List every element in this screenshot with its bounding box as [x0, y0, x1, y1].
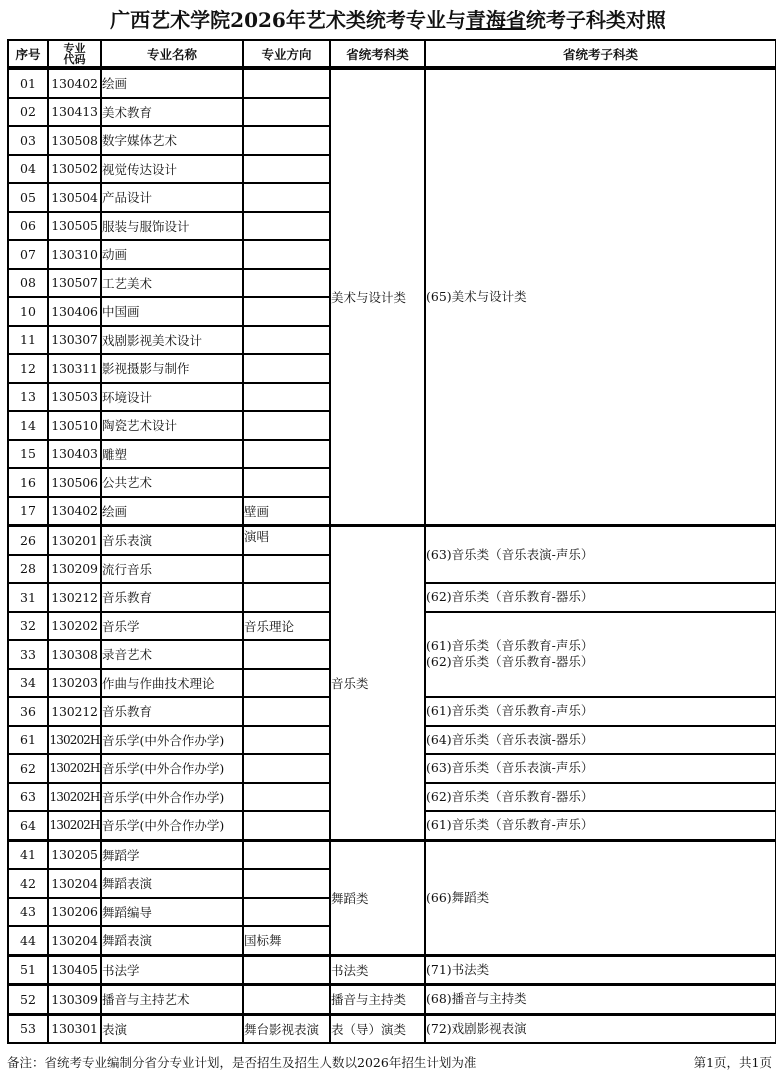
cell-sub-category: (63)音乐类（音乐表演-声乐） [425, 754, 776, 783]
cell-seq: 01 [8, 68, 48, 98]
cell-code: 130206 [48, 898, 101, 927]
cell-code: 130413 [48, 98, 101, 127]
sub-category-line1: (61)音乐类（音乐教育-声乐） [426, 638, 593, 653]
cell-name: 绘画 [101, 497, 243, 526]
cell-code: 130311 [48, 354, 101, 383]
cell-seq: 08 [8, 269, 48, 298]
cell-name: 书法学 [101, 955, 243, 985]
cell-name: 公共艺术 [101, 468, 243, 497]
cell-name: 舞蹈表演 [101, 869, 243, 898]
cell-direction [243, 955, 330, 985]
cell-direction [243, 326, 330, 355]
cell-province-category: 美术与设计类 [330, 68, 425, 526]
cell-code: 130508 [48, 126, 101, 155]
cell-name: 播音与主持艺术 [101, 985, 243, 1015]
cell-direction: 舞台影视表演 [243, 1014, 330, 1043]
table-header-row: 序号 专业代码 专业名称 专业方向 省统考科类 省统考子科类 [8, 40, 776, 68]
cell-name: 美术教育 [101, 98, 243, 127]
cell-seq: 51 [8, 955, 48, 985]
cell-code: 130212 [48, 697, 101, 726]
cell-seq: 43 [8, 898, 48, 927]
cell-name: 音乐教育 [101, 583, 243, 612]
cell-seq: 62 [8, 754, 48, 783]
cell-seq: 33 [8, 640, 48, 669]
cell-sub-category: (62)音乐类（音乐教育-器乐） [425, 783, 776, 812]
cell-code: 130301 [48, 1014, 101, 1043]
cell-seq: 03 [8, 126, 48, 155]
cell-code: 130201 [48, 526, 101, 555]
cell-name: 音乐学(中外合作办学) [101, 811, 243, 840]
cell-seq: 13 [8, 383, 48, 412]
cell-code: 130202 [48, 612, 101, 641]
cell-seq: 31 [8, 583, 48, 612]
cell-name: 雕塑 [101, 440, 243, 469]
cell-direction [243, 869, 330, 898]
cell-seq: 12 [8, 354, 48, 383]
cell-code: 130503 [48, 383, 101, 412]
cell-seq: 05 [8, 183, 48, 212]
cell-code: 130308 [48, 640, 101, 669]
table-row: 26 130201 音乐表演 演唱 音乐类 (63)音乐类（音乐表演-声乐） [8, 526, 776, 555]
cell-province-category: 表（导）演类 [330, 1014, 425, 1043]
cell-direction [243, 468, 330, 497]
cell-code: 130403 [48, 440, 101, 469]
cell-seq: 28 [8, 555, 48, 584]
cell-code: 130202H [48, 726, 101, 755]
cell-code: 130307 [48, 326, 101, 355]
cell-code: 130202H [48, 754, 101, 783]
cell-direction [243, 555, 330, 584]
cell-code: 130205 [48, 840, 101, 869]
title-suffix: 统考子科类对照 [526, 8, 666, 32]
cell-name: 音乐学(中外合作办学) [101, 754, 243, 783]
cell-direction: 国标舞 [243, 926, 330, 955]
cell-name: 戏剧影视美术设计 [101, 326, 243, 355]
cell-code: 130310 [48, 240, 101, 269]
cell-code: 130506 [48, 468, 101, 497]
cell-sub-category: (72)戏剧影视表演 [425, 1014, 776, 1043]
cell-direction [243, 212, 330, 241]
cell-code: 130309 [48, 985, 101, 1015]
cell-seq: 42 [8, 869, 48, 898]
cell-name: 动画 [101, 240, 243, 269]
cell-direction [243, 440, 330, 469]
cell-seq: 32 [8, 612, 48, 641]
cell-name: 作曲与作曲技术理论 [101, 669, 243, 698]
cell-direction [243, 985, 330, 1015]
cell-name: 音乐学 [101, 612, 243, 641]
cell-name: 舞蹈学 [101, 840, 243, 869]
cell-name: 舞蹈表演 [101, 926, 243, 955]
cell-name: 产品设计 [101, 183, 243, 212]
cell-direction [243, 98, 330, 127]
header-sub-category: 省统考子科类 [425, 40, 776, 68]
cell-code: 130502 [48, 155, 101, 184]
header-code-line2: 代码 [64, 53, 86, 66]
cell-direction [243, 269, 330, 298]
cell-seq: 04 [8, 155, 48, 184]
cell-seq: 52 [8, 985, 48, 1015]
cell-sub-category: (71)书法类 [425, 955, 776, 985]
cell-name: 影视摄影与制作 [101, 354, 243, 383]
cell-sub-category: (61)音乐类（音乐教育-声乐）(62)音乐类（音乐教育-器乐） [425, 612, 776, 698]
cell-seq: 63 [8, 783, 48, 812]
sub-category-line2: (62)音乐类（音乐教育-器乐） [426, 654, 593, 669]
cell-name: 服装与服饰设计 [101, 212, 243, 241]
cell-direction [243, 297, 330, 326]
cell-sub-category: (68)播音与主持类 [425, 985, 776, 1015]
cell-code: 130504 [48, 183, 101, 212]
table-row: 41 130205 舞蹈学 舞蹈类 (66)舞蹈类 [8, 840, 776, 869]
cell-direction [243, 669, 330, 698]
title-province: 青海省 [466, 8, 526, 32]
cell-direction [243, 726, 330, 755]
cell-seq: 41 [8, 840, 48, 869]
cell-name: 中国画 [101, 297, 243, 326]
header-code: 专业代码 [48, 40, 101, 68]
cell-sub-category: (64)音乐类（音乐表演-器乐） [425, 726, 776, 755]
cell-direction [243, 354, 330, 383]
cell-name: 音乐教育 [101, 697, 243, 726]
title-prefix: 广西艺术学院2026年艺术类统考专业与 [110, 8, 466, 32]
cell-seq: 34 [8, 669, 48, 698]
cell-seq: 06 [8, 212, 48, 241]
table-row: 01 130402 绘画 美术与设计类 (65)美术与设计类 [8, 68, 776, 98]
cell-name: 绘画 [101, 68, 243, 98]
cell-sub-category: (62)音乐类（音乐教育-器乐） [425, 583, 776, 612]
cell-direction [243, 640, 330, 669]
cell-sub-category: (63)音乐类（音乐表演-声乐） [425, 526, 776, 584]
cell-name: 环境设计 [101, 383, 243, 412]
cell-seq: 64 [8, 811, 48, 840]
cell-name: 数字媒体艺术 [101, 126, 243, 155]
header-direction: 专业方向 [243, 40, 330, 68]
cell-name: 工艺美术 [101, 269, 243, 298]
header-seq: 序号 [8, 40, 48, 68]
cell-code: 130202H [48, 811, 101, 840]
cell-direction [243, 126, 330, 155]
cell-direction [243, 697, 330, 726]
cell-name: 舞蹈编导 [101, 898, 243, 927]
table-row: 52 130309 播音与主持艺术 播音与主持类 (68)播音与主持类 [8, 985, 776, 1015]
cell-code: 130204 [48, 869, 101, 898]
cell-direction [243, 240, 330, 269]
cell-name: 视觉传达设计 [101, 155, 243, 184]
cell-name: 音乐学(中外合作办学) [101, 726, 243, 755]
cell-seq: 53 [8, 1014, 48, 1043]
cell-name: 表演 [101, 1014, 243, 1043]
cell-seq: 02 [8, 98, 48, 127]
cell-seq: 44 [8, 926, 48, 955]
cell-code: 130203 [48, 669, 101, 698]
cell-direction [243, 811, 330, 840]
table-row: 53 130301 表演 舞台影视表演 表（导）演类 (72)戏剧影视表演 [8, 1014, 776, 1043]
cell-direction [243, 898, 330, 927]
cell-code: 130212 [48, 583, 101, 612]
cell-sub-category: (66)舞蹈类 [425, 840, 776, 955]
cell-code: 130202H [48, 783, 101, 812]
cell-direction [243, 68, 330, 98]
header-name: 专业名称 [101, 40, 243, 68]
cell-direction [243, 383, 330, 412]
cell-name: 陶瓷艺术设计 [101, 411, 243, 440]
cell-seq: 26 [8, 526, 48, 555]
cell-direction [243, 840, 330, 869]
cell-seq: 61 [8, 726, 48, 755]
cell-province-category: 舞蹈类 [330, 840, 425, 955]
cell-direction: 音乐理论 [243, 612, 330, 641]
cell-seq: 10 [8, 297, 48, 326]
cell-province-category: 书法类 [330, 955, 425, 985]
cell-seq: 14 [8, 411, 48, 440]
cell-seq: 36 [8, 697, 48, 726]
table-row: 51 130405 书法学 书法类 (71)书法类 [8, 955, 776, 985]
cell-code: 130507 [48, 269, 101, 298]
cell-code: 130405 [48, 955, 101, 985]
cell-code: 130209 [48, 555, 101, 584]
major-mapping-table: 序号 专业代码 专业名称 专业方向 省统考科类 省统考子科类 01 130402… [7, 39, 776, 1044]
cell-direction [243, 754, 330, 783]
cell-name: 音乐表演 [101, 526, 243, 555]
cell-code: 130402 [48, 68, 101, 98]
cell-seq: 11 [8, 326, 48, 355]
cell-direction: 壁画 [243, 497, 330, 526]
cell-direction [243, 155, 330, 184]
cell-name: 流行音乐 [101, 555, 243, 584]
header-province-category: 省统考科类 [330, 40, 425, 68]
cell-seq: 16 [8, 468, 48, 497]
cell-direction [243, 183, 330, 212]
cell-code: 130402 [48, 497, 101, 526]
footer-note: 备注：省统考专业编制分省分专业计划，是否招生及招生人数以2026年招生计划为准 [7, 1053, 476, 1071]
cell-province-category: 音乐类 [330, 526, 425, 841]
page-title: 广西艺术学院2026年艺术类统考专业与青海省统考子科类对照 [0, 6, 776, 34]
cell-direction [243, 411, 330, 440]
cell-direction: 演唱 [243, 526, 330, 555]
cell-seq: 17 [8, 497, 48, 526]
cell-code: 130505 [48, 212, 101, 241]
cell-name: 录音艺术 [101, 640, 243, 669]
cell-name: 音乐学(中外合作办学) [101, 783, 243, 812]
cell-code: 130510 [48, 411, 101, 440]
cell-seq: 15 [8, 440, 48, 469]
cell-direction [243, 783, 330, 812]
cell-seq: 07 [8, 240, 48, 269]
page-indicator: 第1页，共1页 [694, 1053, 772, 1071]
cell-sub-category: (65)美术与设计类 [425, 68, 776, 526]
cell-sub-category: (61)音乐类（音乐教育-声乐） [425, 811, 776, 840]
cell-sub-category: (61)音乐类（音乐教育-声乐） [425, 697, 776, 726]
cell-code: 130406 [48, 297, 101, 326]
cell-code: 130204 [48, 926, 101, 955]
cell-province-category: 播音与主持类 [330, 985, 425, 1015]
cell-direction [243, 583, 330, 612]
